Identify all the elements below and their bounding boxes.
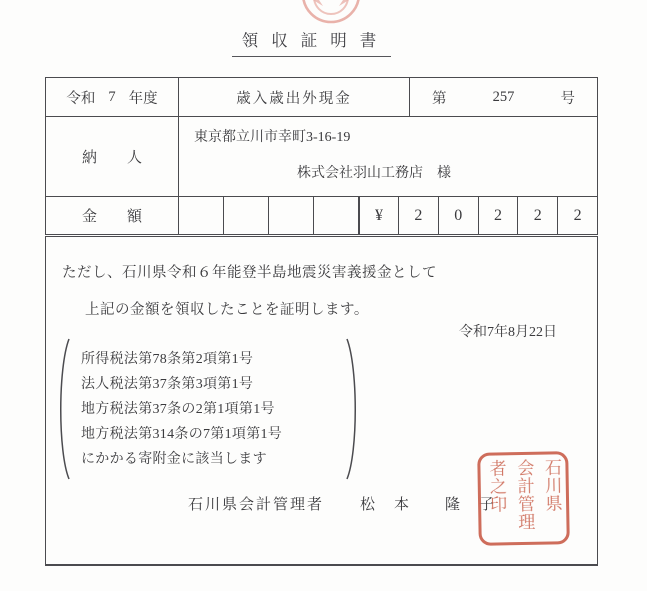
certificate-body-box: ただし、石川県令和６年能登半島地震災害義援金として 上記の金額を領収したことを証…: [45, 236, 598, 566]
amount-box-empty: [223, 197, 268, 234]
document-number: 257: [493, 89, 515, 106]
amount-digit-cell: 0: [438, 197, 478, 234]
seal-text-column: 会計管理: [511, 459, 537, 538]
seal-text-column: 石川県: [538, 458, 564, 537]
issue-date: 令和7年8月22日: [459, 321, 557, 341]
certify-line: 上記の金額を領収したことを証明します。: [85, 298, 369, 319]
amount-digit-cell: 2: [557, 197, 597, 234]
left-paren-icon: [55, 336, 72, 482]
account-type-cell: 歳入歳出外現金: [178, 78, 409, 116]
currency-symbol-cell: ¥: [358, 197, 398, 234]
payer-label: 納 人: [82, 146, 142, 167]
signer-name: 松 本 隆 子: [360, 493, 496, 514]
law-clause: 法人税法第37条第3項第1号: [81, 372, 335, 397]
round-stamp-partial-icon: [299, 0, 363, 26]
law-clause: にかかる寄附金に該当します: [81, 447, 335, 472]
number-prefix: 第: [432, 87, 447, 108]
document-number-cell: 第 257 号: [409, 78, 597, 116]
receipt-certificate-document: 領収証明書 令和 7 年度 歳入歳出外現金 第 257 号 納 人 東京都立川: [0, 0, 647, 591]
seal-text-column: 者之印: [483, 459, 509, 538]
payer-address: 東京都立川市幸町3-16-19: [194, 126, 350, 146]
number-suffix: 号: [561, 87, 576, 108]
payer-row: 納 人 東京都立川市幸町3-16-19 株式会社羽山工務店 様: [46, 116, 597, 196]
amount-box-empty: [268, 197, 313, 234]
law-clause: 地方税法第314条の7第1項第1号: [81, 422, 335, 447]
payer-label-cell: 納 人: [46, 117, 178, 196]
law-clause: 所得税法第78条第2項第1号: [81, 347, 335, 372]
fiscal-year-cell: 令和 7 年度: [46, 78, 178, 116]
payer-info-cell: 東京都立川市幸町3-16-19 株式会社羽山工務店 様: [178, 117, 597, 196]
amount-row: 金 額 ¥ 2 0 2 2 2: [46, 196, 597, 234]
page-title: 領収証明書: [232, 27, 392, 57]
right-paren-icon: [344, 336, 361, 482]
proviso-line: ただし、石川県令和６年能登半島地震災害義援金として: [62, 261, 437, 282]
title-area: 領収証明書: [0, 27, 647, 57]
amount-digit-cell: 2: [478, 197, 518, 234]
header-table: 令和 7 年度 歳入歳出外現金 第 257 号 納 人 東京都立川市幸町3-16…: [45, 77, 598, 235]
amount-digit-cell: 2: [398, 197, 438, 234]
era-label: 令和: [66, 87, 95, 108]
law-clauses-block: 所得税法第78条第2項第1号 法人税法第37条第3項第1号 地方税法第37条の2…: [55, 336, 361, 482]
account-type-label: 歳入歳出外現金: [236, 87, 352, 108]
amount-box-empty: [313, 197, 358, 234]
amount-digit-cell: 2: [517, 197, 557, 234]
fiscal-year-value: 7: [108, 89, 115, 106]
fiscal-year-suffix: 年度: [129, 87, 158, 108]
amount-label: 金 額: [82, 205, 142, 226]
official-seal: 石川県 会計管理 者之印: [477, 451, 570, 546]
law-clause: 地方税法第37条の2第1項第1号: [81, 397, 335, 422]
amount-boxes: ¥ 2 0 2 2 2: [178, 197, 597, 234]
header-row: 令和 7 年度 歳入歳出外現金 第 257 号: [46, 78, 597, 116]
payer-name: 株式会社羽山工務店 様: [297, 162, 451, 182]
amount-box-empty: [178, 197, 223, 234]
signer-title: 石川県会計管理者: [188, 493, 324, 514]
signature-line: 石川県会計管理者 松 本 隆 子: [188, 493, 496, 514]
law-clauses-list: 所得税法第78条第2項第1号 法人税法第37条第3項第1号 地方税法第37条の2…: [81, 347, 335, 472]
amount-label-cell: 金 額: [46, 197, 178, 234]
